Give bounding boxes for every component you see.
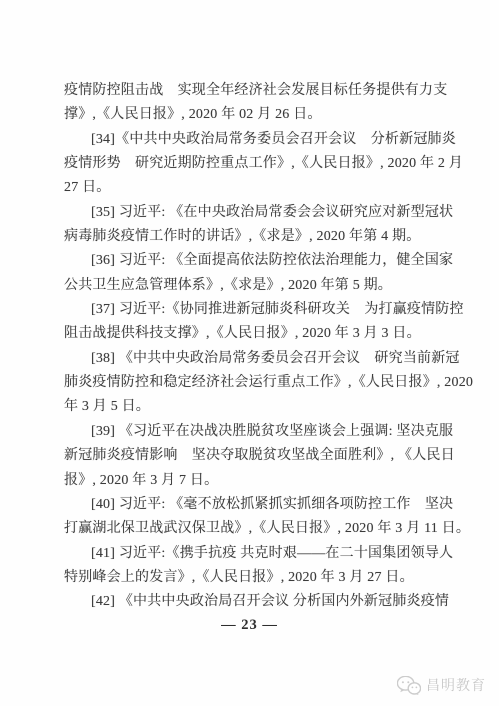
reference-line: 特别峰会上的发言》,《人民日报》, 2020 年 3 月 27 日。 bbox=[64, 566, 444, 590]
reference-line: 27 日。 bbox=[64, 176, 444, 200]
reference-entry: [40] 习近平: 《毫不放松抓紧抓实抓细各项防控工作 坚决 打赢湖北保卫战武汉… bbox=[64, 493, 444, 542]
page-number: — 23 — bbox=[0, 617, 499, 634]
reference-line: 肺炎疫情防控和稳定经济社会运行重点工作》,《人民日报》, 2020 bbox=[64, 371, 444, 395]
reference-line: [37] 习近平:《协同推进新冠肺炎科研攻关 为打赢疫情防控 bbox=[64, 298, 444, 322]
reference-line: 疫情防控阻击战 实现全年经济社会发展目标任务提供有力支 bbox=[64, 79, 444, 103]
watermark: 昌明教育 bbox=[397, 675, 486, 695]
reference-entry: [41] 习近平:《携手抗疫 共克时艰——在二十国集团领导人 特别峰会上的发言》… bbox=[64, 542, 444, 591]
reference-line: [35] 习近平: 《在中央政治局常委会会议研究应对新型冠状 bbox=[64, 201, 444, 225]
reference-line: [39] 《习近平在决战决胜脱贫攻坚座谈会上强调: 坚决克服 bbox=[64, 420, 444, 444]
reference-entry: [42] 《中共中央政治局召开会议 分析国内外新冠肺炎疫情 bbox=[64, 590, 444, 614]
reference-line: 疫情形势 研究近期防控重点工作》,《人民日报》, 2020 年 2 月 bbox=[64, 152, 444, 176]
reference-entry: [36] 习近平: 《全面提高依法防控依法治理能力，健全国家 公共卫生应急管理体… bbox=[64, 249, 444, 298]
reference-line: 撑》,《人民日报》, 2020 年 02 月 26 日。 bbox=[64, 103, 444, 127]
reference-line: [36] 习近平: 《全面提高依法防控依法治理能力，健全国家 bbox=[64, 249, 444, 273]
reference-line: [42] 《中共中央政治局召开会议 分析国内外新冠肺炎疫情 bbox=[64, 590, 444, 614]
reference-entry: [39] 《习近平在决战决胜脱贫攻坚座谈会上强调: 坚决克服 新冠肺炎疫情影响 … bbox=[64, 420, 444, 493]
reference-entry: 疫情防控阻击战 实现全年经济社会发展目标任务提供有力支 撑》,《人民日报》, 2… bbox=[64, 79, 444, 128]
reference-entry: [37] 习近平:《协同推进新冠肺炎科研攻关 为打赢疫情防控 阻击战提供科技支撑… bbox=[64, 298, 444, 347]
reference-line: [34]《中共中央政治局常务委员会召开会议 分析新冠肺炎 bbox=[64, 128, 444, 152]
reference-line: 阻击战提供科技支撑》,《人民日报》, 2020 年 3 月 3 日。 bbox=[64, 322, 444, 346]
reference-line: 打赢湖北保卫战武汉保卫战》,《人民日报》, 2020 年 3 月 11 日。 bbox=[64, 517, 444, 541]
reference-entry: [38] 《中共中央政治局常务委员会召开会议 研究当前新冠 肺炎疫情防控和稳定经… bbox=[64, 347, 444, 420]
reference-line: [40] 习近平: 《毫不放松抓紧抓实抓细各项防控工作 坚决 bbox=[64, 493, 444, 517]
reference-line: 年 3 月 5 日。 bbox=[64, 395, 444, 419]
wechat-logo-icon bbox=[397, 676, 421, 695]
reference-line: 公共卫生应急管理体系》,《求是》, 2020 年第 5 期。 bbox=[64, 274, 444, 298]
reference-entry: [35] 习近平: 《在中央政治局常委会会议研究应对新型冠状 病毒肺炎疫情工作时… bbox=[64, 201, 444, 250]
reference-line: 报》, 2020 年 3 月 7 日。 bbox=[64, 469, 444, 493]
document-page: { "document": { "paragraphs": [ { "id": … bbox=[0, 0, 499, 706]
reference-line: [41] 习近平:《携手抗疫 共克时艰——在二十国集团领导人 bbox=[64, 542, 444, 566]
reference-line: 病毒肺炎疫情工作时的讲话》,《求是》, 2020 年第 4 期。 bbox=[64, 225, 444, 249]
reference-entry: [34]《中共中央政治局常务委员会召开会议 分析新冠肺炎 疫情形势 研究近期防控… bbox=[64, 128, 444, 201]
reference-line: [38] 《中共中央政治局常务委员会召开会议 研究当前新冠 bbox=[64, 347, 444, 371]
reference-line: 新冠肺炎疫情影响 坚决夺取脱贫攻坚战全面胜利》, 《人民日 bbox=[64, 444, 444, 468]
references-text-block: 疫情防控阻击战 实现全年经济社会发展目标任务提供有力支 撑》,《人民日报》, 2… bbox=[64, 79, 444, 615]
scanned-page-background: 疫情防控阻击战 实现全年经济社会发展目标任务提供有力支 撑》,《人民日报》, 2… bbox=[0, 0, 499, 706]
watermark-label: 昌明教育 bbox=[426, 675, 486, 695]
